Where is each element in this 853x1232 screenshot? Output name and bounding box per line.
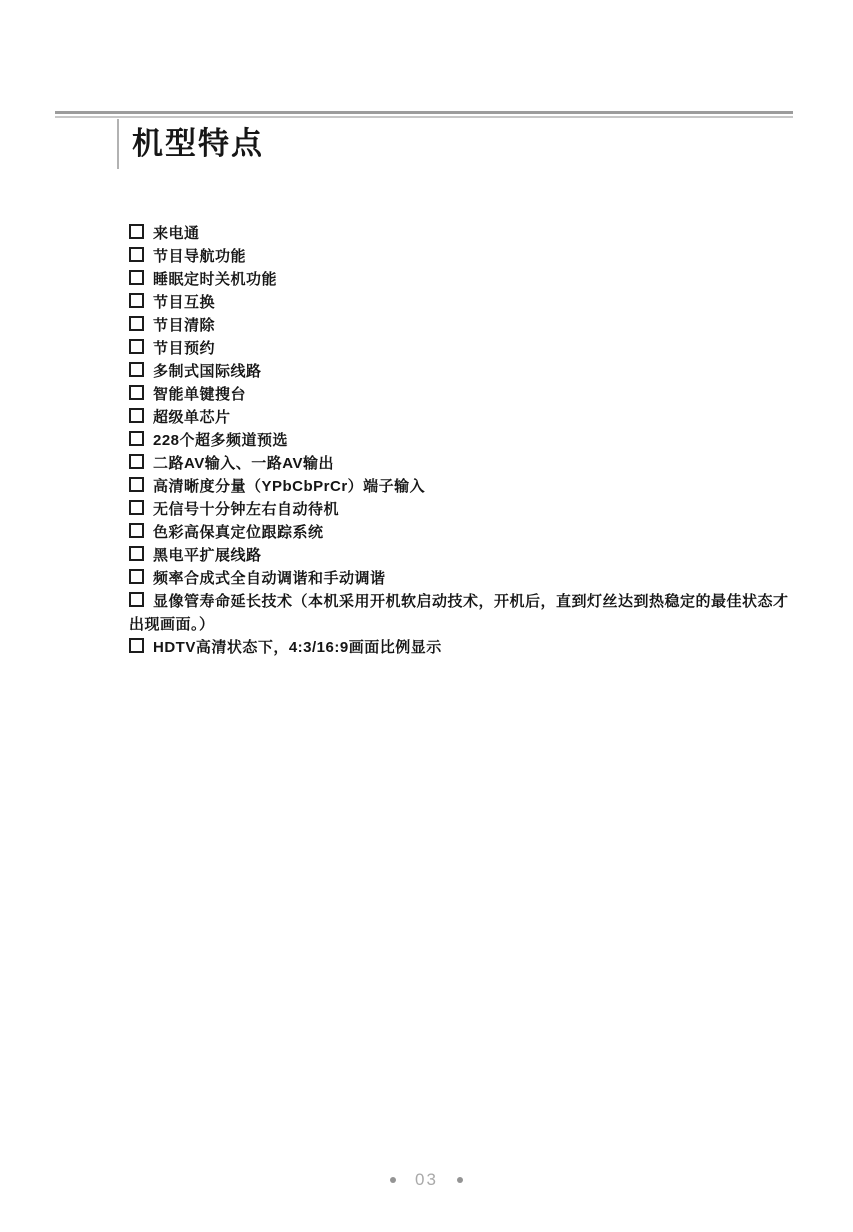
feature-label: 二路AV输入、一路AV输出 [153,455,334,472]
feature-label: 频率合成式全自动调谐和手动调谐 [153,570,386,587]
feature-label: 228个超多频道预选 [153,432,288,449]
checkbox-icon [129,247,144,262]
feature-list: 来电通节目导航功能睡眠定时关机功能节目互换节目清除节目预约多制式国际线路智能单键… [129,222,791,659]
feature-item: 智能单键搜台 [129,383,791,406]
feature-item: 频率合成式全自动调谐和手动调谐 [129,567,791,590]
section-header: 机型特点 [117,119,264,169]
feature-label: 高清晰度分量（YPbCbPrCr）端子输入 [153,478,425,495]
checkbox-icon [129,638,144,653]
checkbox-icon [129,316,144,331]
feature-item: 节目预约 [129,337,791,360]
feature-item: 节目清除 [129,314,791,337]
divider-line-thick [55,111,793,114]
feature-label: HDTV高清状态下，4:3/16:9画面比例显示 [153,639,442,656]
checkbox-icon [129,546,144,561]
feature-item: HDTV高清状态下，4:3/16:9画面比例显示 [129,636,791,659]
feature-item: 节目导航功能 [129,245,791,268]
feature-item: 节目互换 [129,291,791,314]
feature-item: 二路AV输入、一路AV输出 [129,452,791,475]
checkbox-icon [129,293,144,308]
manual-page: 机型特点 来电通节目导航功能睡眠定时关机功能节目互换节目清除节目预约多制式国际线… [0,0,853,1232]
page-number: 03 [415,1170,438,1190]
checkbox-icon [129,224,144,239]
feature-label: 多制式国际线路 [153,363,262,380]
feature-item: 色彩高保真定位跟踪系统 [129,521,791,544]
feature-label: 黑电平扩展线路 [153,547,262,564]
footer-dot-left-icon [390,1177,396,1183]
title-accent-bar [117,119,119,169]
feature-item: 黑电平扩展线路 [129,544,791,567]
feature-label: 超级单芯片 [153,409,231,426]
checkbox-icon [129,270,144,285]
feature-item: 显像管寿命延长技术（本机采用开机软启动技术，开机后，直到灯丝达到热稳定的最佳状态… [129,590,791,636]
feature-item: 多制式国际线路 [129,360,791,383]
feature-item: 超级单芯片 [129,406,791,429]
feature-label: 节目清除 [153,317,215,334]
feature-label: 节目导航功能 [153,248,246,265]
feature-item: 无信号十分钟左右自动待机 [129,498,791,521]
checkbox-icon [129,569,144,584]
feature-label: 色彩高保真定位跟踪系统 [153,524,324,541]
feature-item: 高清晰度分量（YPbCbPrCr）端子输入 [129,475,791,498]
checkbox-icon [129,477,144,492]
top-divider [55,111,793,118]
page-title: 机型特点 [132,127,264,161]
feature-label: 节目互换 [153,294,215,311]
checkbox-icon [129,362,144,377]
checkbox-icon [129,431,144,446]
checkbox-icon [129,385,144,400]
checkbox-icon [129,500,144,515]
checkbox-icon [129,339,144,354]
page-footer: 03 [0,1170,853,1190]
checkbox-icon [129,454,144,469]
checkbox-icon [129,408,144,423]
feature-item: 228个超多频道预选 [129,429,791,452]
feature-label: 无信号十分钟左右自动待机 [153,501,339,518]
feature-label: 显像管寿命延长技术（本机采用开机软启动技术，开机后，直到灯丝达到热稳定的最佳状态… [129,593,789,633]
feature-label: 睡眠定时关机功能 [153,271,277,288]
feature-label: 来电通 [153,225,200,242]
feature-label: 节目预约 [153,340,215,357]
divider-line-thin [55,116,793,118]
checkbox-icon [129,592,144,607]
feature-item: 来电通 [129,222,791,245]
feature-label: 智能单键搜台 [153,386,246,403]
footer-dot-right-icon [457,1177,463,1183]
checkbox-icon [129,523,144,538]
feature-item: 睡眠定时关机功能 [129,268,791,291]
